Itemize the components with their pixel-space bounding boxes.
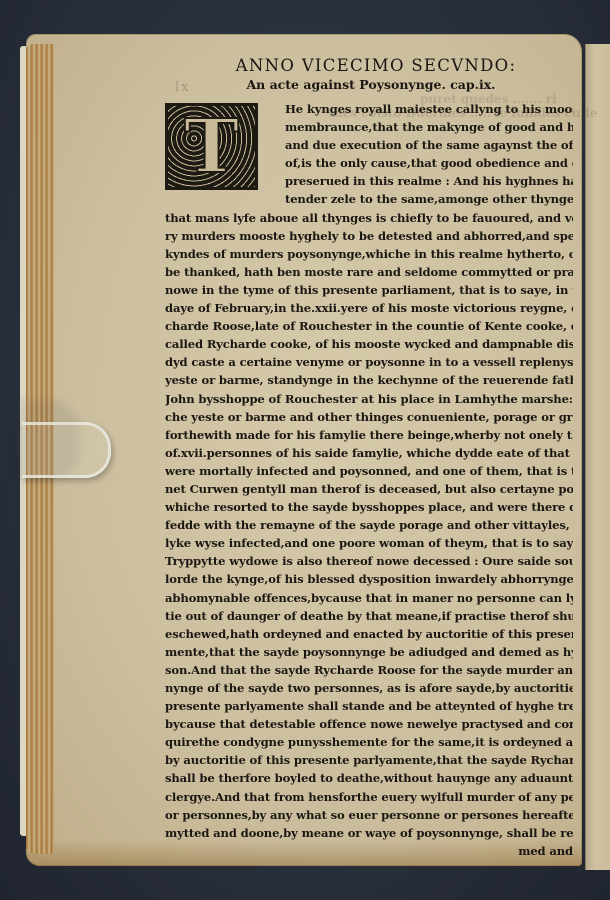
text-line: were mortally infected and poysonned, an… <box>165 462 573 480</box>
text-line: son.And that the sayde Rycharde Roose fo… <box>165 661 573 679</box>
text-line: He kynges royall maiestee callyng to his… <box>285 100 573 118</box>
text-line: net Curwen gentyll man therof is decease… <box>165 480 573 498</box>
running-head: ANNO VICECIMO SECVNDO: <box>179 56 573 76</box>
text-line: preserued in this realme : And his hyghn… <box>285 172 573 190</box>
text-line: ry murders mooste hyghely to be detested… <box>165 227 573 245</box>
text-line: membraunce,that the makynge of good and … <box>285 118 573 136</box>
text-line: and due execution of the same agaynst th… <box>285 136 573 154</box>
text-line: lyke wyse infected,and one poore woman o… <box>165 534 573 552</box>
page-clip <box>22 422 111 478</box>
facing-page-edge <box>585 44 610 870</box>
decorated-initial-icon: T <box>165 103 258 190</box>
text-line: charde Roose,late of Rouchester in the c… <box>165 317 573 335</box>
text-line: eschewed,hath ordeyned and enacted by au… <box>165 625 573 643</box>
text-line: called Rycharde cooke, of his mooste wyc… <box>165 335 573 353</box>
text-line: quirethe condygne punysshemente for the … <box>165 733 573 751</box>
text-line: shall be therfore boyled to deathe,witho… <box>165 769 573 787</box>
text-line: che yeste or barme and other thinges con… <box>165 408 573 426</box>
text-block: ANNO VICECIMO SECVNDO: An acte against P… <box>165 56 573 860</box>
text-line: mente,that the sayde poysonnynge be adiu… <box>165 643 573 661</box>
text-line: daye of February,in the.xxii.yere of his… <box>165 299 573 317</box>
text-line: or personnes,by any what so euer personn… <box>165 806 573 824</box>
text-line: by auctoritie of this presente parlyamen… <box>165 751 573 769</box>
text-line: lorde the kynge,of his blessed dyspositi… <box>165 570 573 588</box>
text-line: of,is the only cause,that good obedience… <box>285 154 573 172</box>
text-line: abhomynable offences,bycause that in man… <box>165 589 573 607</box>
body-text: T He kynges royall maiestee callyng to h… <box>165 100 573 860</box>
text-line: Tryppytte wydowe is also thereof nowe de… <box>165 552 573 570</box>
text-line: dyd caste a certaine venyme or poysonne … <box>165 353 573 371</box>
text-line: bycause that detestable offence nowe new… <box>165 715 573 733</box>
text-line: tie out of daunger of deathe by that mea… <box>165 607 573 625</box>
text-line: presente parlyamente shall stande and be… <box>165 697 573 715</box>
text-line-final: med and <box>165 842 573 860</box>
text-line: mytted and doone,by meane or waye of poy… <box>165 824 573 842</box>
text-line: forthewith made for his famylie there be… <box>165 426 573 444</box>
text-line: tender zele to the same,amonge other thy… <box>285 190 573 208</box>
text-line: nowe in the tyme of this presente parlia… <box>165 281 573 299</box>
text-line: nynge of the sayde two personnes, as is … <box>165 679 573 697</box>
initial-letter: T <box>184 110 239 184</box>
text-line: kyndes of murders poysonynge,whiche in t… <box>165 245 573 263</box>
text-line: fedde with the remayne of the sayde pora… <box>165 516 573 534</box>
chapter-title: An acte against Poysonynge. cap.ix. <box>169 76 573 94</box>
text-line: of.xvii.personnes of his saide famylie, … <box>165 444 573 462</box>
text-line: clergye.And that from hensforthe euery w… <box>165 788 573 806</box>
text-line: be thanked, hath ben moste rare and seld… <box>165 263 573 281</box>
text-line: yeste or barme, standynge in the kechynn… <box>165 371 573 389</box>
text-line: that mans lyfe aboue all thynges is chie… <box>165 209 573 227</box>
text-line: whiche resorted to the sayde bysshoppes … <box>165 498 573 516</box>
text-line: John bysshoppe of Rouchester at his plac… <box>165 390 573 408</box>
